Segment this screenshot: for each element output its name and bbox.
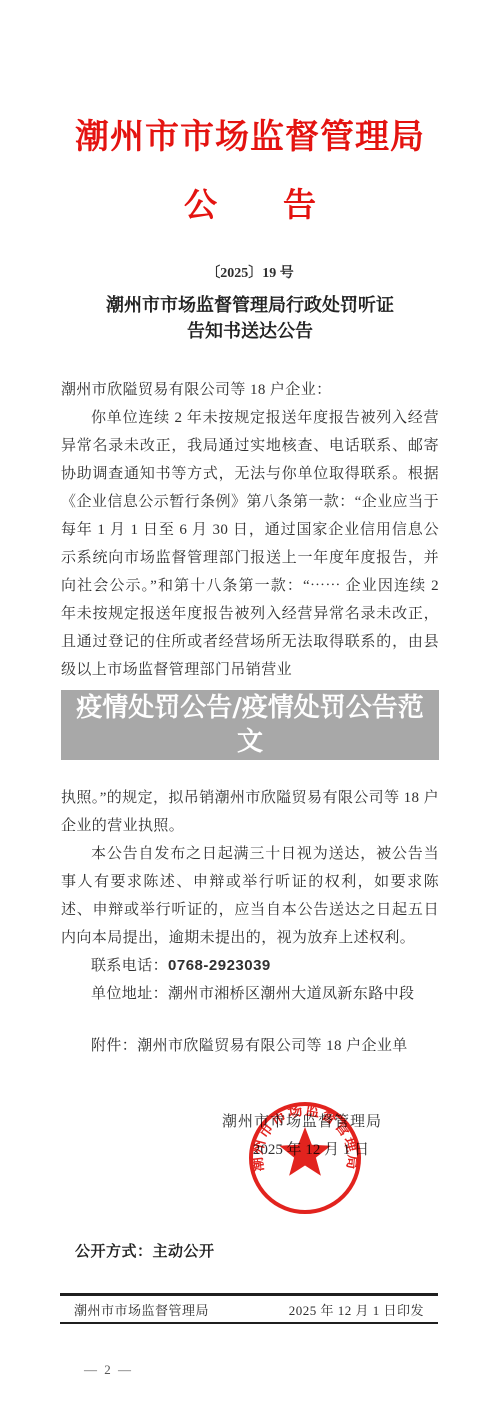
document-heading-line1: 潮州市市场监督管理局行政处罚听证 — [61, 292, 439, 318]
contact-address-line: 单位地址：潮州市湘桥区潮州大道凤新东路中段 — [61, 980, 439, 1008]
salutation: 潮州市欣隘贸易有限公司等 18 户企业： — [61, 376, 439, 404]
attachment-line: 附件：潮州市欣隘贸易有限公司等 18 户企业单 — [61, 1032, 439, 1060]
address-label: 单位地址： — [91, 986, 168, 1002]
document-content: 潮州市市场监督管理局 公 告 〔2025〕19 号 潮州市市场监督管理局行政处罚… — [61, 0, 439, 1228]
document-heading: 潮州市市场监督管理局行政处罚听证 告知书送达公告 — [61, 292, 439, 344]
document-number: 〔2025〕19 号 — [61, 264, 439, 284]
phone-label: 联系电话： — [91, 958, 168, 974]
page-number: — 2 — — [84, 1362, 133, 1378]
publicity-method-line: 公开方式：主动公开 — [75, 1240, 215, 1261]
address-value: 潮州市湘桥区潮州大道凤新东路中段 — [168, 986, 414, 1002]
paragraph-2: 本公告自发布之日起满三十日视为送达，被公告当事人有要求陈述、申辩或举行听证的权利… — [61, 840, 439, 952]
watermark-overlay-text: 疫情处罚公告/疫情处罚公告范文 — [65, 691, 435, 759]
announcement-document-page: 潮州市市场监督管理局 公 告 〔2025〕19 号 潮州市市场监督管理局行政处罚… — [0, 0, 500, 1413]
contact-phone-line: 联系电话：0768-2923039 — [61, 952, 439, 980]
footer-print-date: 2025 年 12 月 1 日印发 — [289, 1300, 424, 1319]
paragraph-1-part-b: 执照。”的规定，拟吊销潮州市欣隘贸易有限公司等 18 户企业的营业执照。 — [61, 784, 439, 840]
signature-agency: 潮州市市场监督管理局 — [61, 1108, 439, 1136]
signature-date: 2025 年 12 月 1 日 — [61, 1136, 439, 1164]
paragraph-1-part-a: 你单位连续 2 年未按规定报送年度报告被列入经营异常名录未改正，我局通过实地核查… — [61, 404, 439, 684]
footer-agency: 潮州市市场监督管理局 — [74, 1300, 209, 1319]
document-body: 潮州市欣隘贸易有限公司等 18 户企业： 你单位连续 2 年未按规定报送年度报告… — [61, 376, 439, 1060]
footer-imprint-bar: 潮州市市场监督管理局 2025 年 12 月 1 日印发 — [60, 1293, 438, 1324]
document-heading-line2: 告知书送达公告 — [61, 318, 439, 344]
phone-number: 0768-2923039 — [168, 957, 271, 974]
notice-word: 公 告 — [61, 186, 439, 226]
watermark-overlay-banner: 疫情处罚公告/疫情处罚公告范文 — [61, 690, 439, 760]
signature-block: 潮州市市场监督管理局 2025 年 12 月 1 日 潮州市市场监督管理局 — [61, 1108, 439, 1228]
agency-title: 潮州市市场监督管理局 — [61, 116, 439, 160]
